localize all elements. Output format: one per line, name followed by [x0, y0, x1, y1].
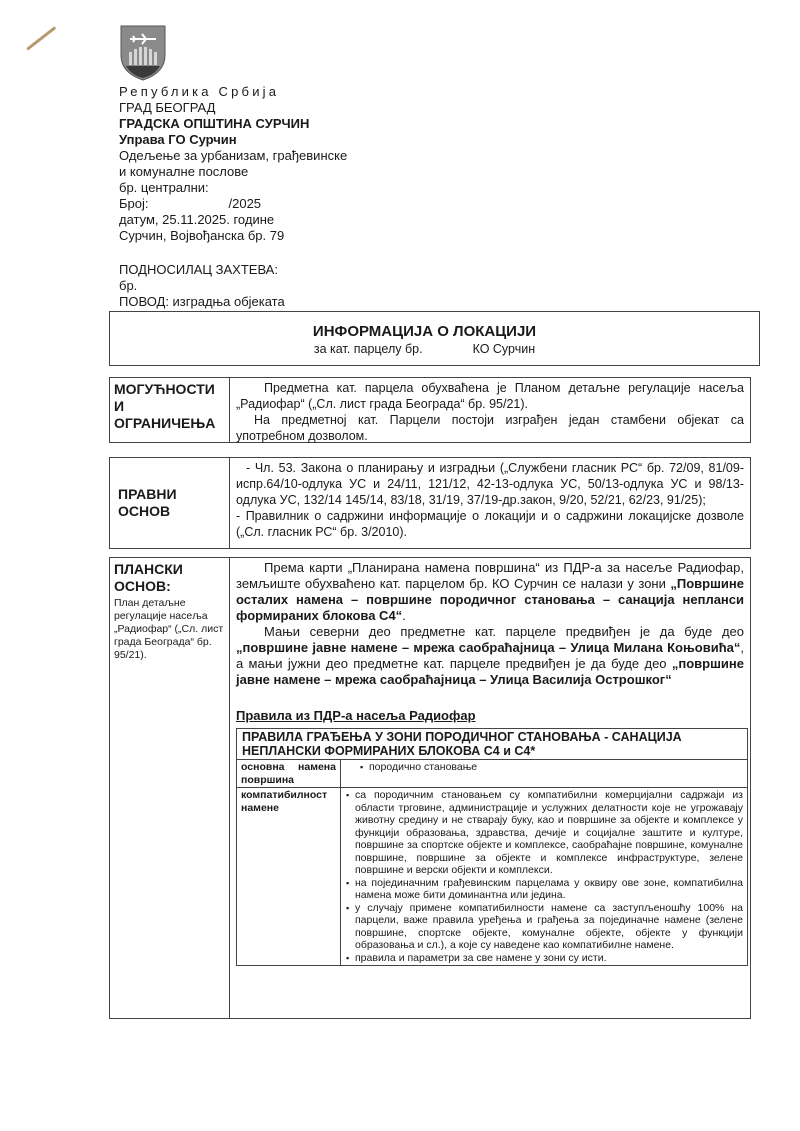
section-planning-basis: ПЛАНСКИ ОСНОВ: План детаљне регулације н…: [109, 557, 751, 1019]
planning-paragraph-2: Мањи северни део предметне кат. парцеле …: [236, 624, 744, 688]
central-number-label: бр. централни:: [119, 180, 347, 196]
letterhead: Република Србија ГРАД БЕОГРАД ГРАДСКА ОП…: [119, 84, 347, 244]
row-key: основна намена површина: [237, 760, 341, 787]
legal-basis-item-2: - Правилник о садржини информације о лок…: [236, 508, 744, 540]
list-item: у случају примене компатибилности намене…: [355, 902, 743, 952]
list-item: са породичним становањем су компатибилни…: [355, 789, 743, 877]
section-label: МОГУЋНОСТИ И ОГРАНИЧЕЊА: [110, 378, 230, 442]
city-name: ГРАД БЕОГРАД: [119, 100, 347, 116]
document-number: Број:/2025: [119, 196, 347, 212]
rules-heading: Правила из ПДР-а насеља Радиофар: [236, 708, 744, 724]
legal-basis-item-1: - Чл. 53. Закона о планирању и изградњи …: [236, 460, 744, 508]
applicant-number: бр.: [119, 278, 285, 294]
date-line: датум, 25.11.2025. године: [119, 212, 347, 228]
request-reason: ПОВОД: изградња објеката: [119, 294, 285, 310]
number-value: /2025: [229, 196, 262, 211]
list-item: породично становање: [369, 761, 743, 774]
section-label-line-1: ПРАВНИ: [118, 486, 225, 503]
department-line-2: и комуналне послове: [119, 164, 347, 180]
row-key: компатибилност намене: [237, 788, 341, 965]
list-item: правила и параметри за све намене у зони…: [355, 952, 743, 965]
coat-of-arms-icon: [120, 25, 166, 81]
cadastral-municipality: КО Сурчин: [473, 342, 536, 356]
list-item: на појединачним грађевинским парцелама у…: [355, 877, 743, 902]
rules-table-title: ПРАВИЛА ГРАЂЕЊА У ЗОНИ ПОРОДИЧНОГ СТАНОВ…: [237, 729, 747, 760]
table-row: основна намена површина породично станов…: [237, 760, 747, 788]
planning-paragraph-1: Према карти „Планирана намена површина“ …: [236, 560, 744, 624]
section-label-line-2: ОСНОВ: [118, 503, 225, 520]
administration-name: Управа ГО Сурчин: [119, 132, 347, 148]
possibilities-paragraph-1: Предметна кат. парцела обухваћена је Пла…: [236, 380, 744, 412]
department-line-1: Одељење за урбанизам, грађевинске: [119, 148, 347, 164]
section-label: ПЛАНСКИ ОСНОВ:: [114, 561, 183, 594]
table-row: компатибилност намене са породичним стан…: [237, 788, 747, 965]
section-legal-basis: ПРАВНИ ОСНОВ - Чл. 53. Закона о планирањ…: [109, 457, 751, 549]
document-title: ИНФОРМАЦИЈА О ЛОКАЦИЈИ: [90, 323, 759, 340]
plan-reference: План детаљне регулације насеља „Радиофар…: [114, 597, 225, 662]
address-line: Сурчин, Војвођанска бр. 79: [119, 228, 347, 244]
section-possibilities: МОГУЋНОСТИ И ОГРАНИЧЕЊА Предметна кат. п…: [109, 377, 751, 443]
applicant-label: ПОДНОСИЛАЦ ЗАХТЕВА:: [119, 262, 285, 278]
building-rules-table: ПРАВИЛА ГРАЂЕЊА У ЗОНИ ПОРОДИЧНОГ СТАНОВ…: [236, 728, 748, 966]
republic-name: Република Србија: [119, 84, 347, 100]
possibilities-paragraph-2: На предметној кат. Парцели постоји изгра…: [236, 412, 744, 444]
applicant-block: ПОДНОСИЛАЦ ЗАХТЕВА: бр. ПОВОД: изградња …: [119, 262, 285, 310]
parcel-label: за кат. парцелу бр.: [314, 342, 423, 356]
municipality-name: ГРАДСКА ОПШТИНА СУРЧИН: [119, 116, 347, 132]
pen-mark: [26, 26, 56, 51]
number-label: Број:: [119, 196, 149, 211]
title-box: ИНФОРМАЦИЈА О ЛОКАЦИЈИ за кат. парцелу б…: [109, 311, 760, 366]
